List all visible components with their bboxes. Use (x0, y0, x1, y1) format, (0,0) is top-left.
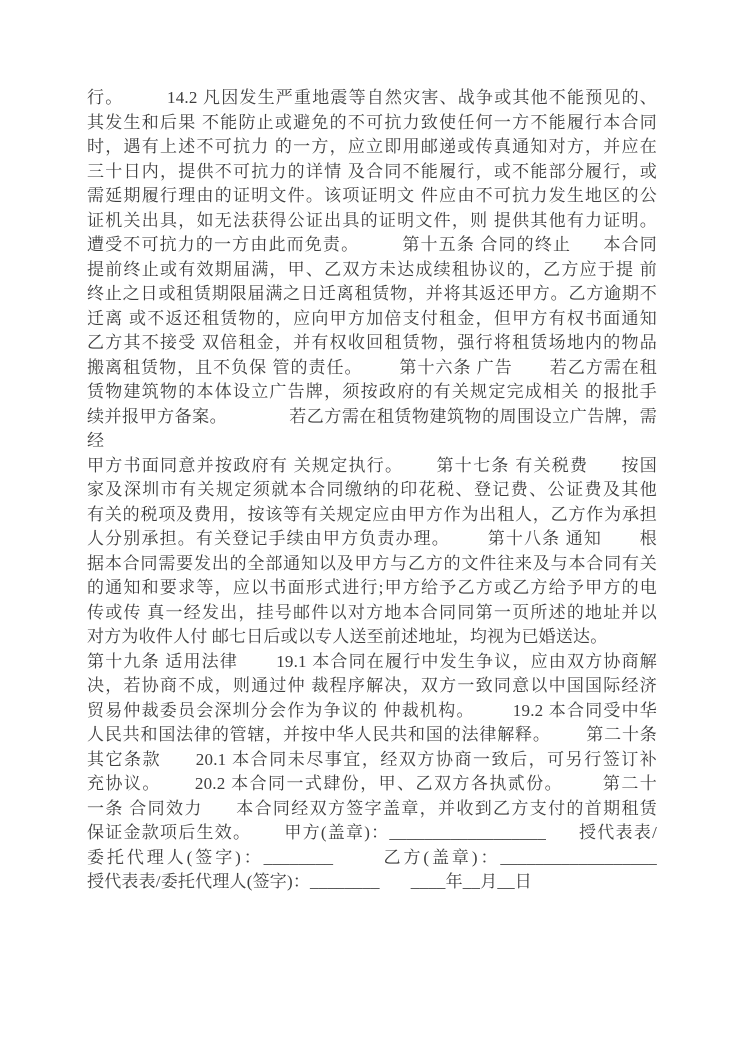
contract-text-line: 乙方其不接受 双倍租金，并有权收回租赁物，强行将租赁场地内的物品 (87, 331, 657, 356)
contract-text-line: 其发生和后果 不能防止或避免的不可抗力致使任何一方不能履行本合同 (87, 111, 657, 136)
contract-page: 行。 14.2 凡因发生严重地震等自然灾害、战争或其他不能预见的、其发生和后果 … (0, 0, 744, 1052)
contract-text-line: 决，若协商不成，则通过仲 裁程序解决，双方一致同意以中国国际经济 (87, 674, 657, 699)
contract-text-line: 续并报甲方备案。 若乙方需在租赁物建筑物的周围设立广告牌，需经 (87, 405, 657, 454)
contract-text-line: 行。 14.2 凡因发生严重地震等自然灾害、战争或其他不能预见的、 (87, 86, 657, 111)
contract-text-line: 一条 合同效力 本合同经双方签字盖章，并收到乙方支付的首期租赁 (87, 797, 657, 822)
contract-text-block: 行。 14.2 凡因发生严重地震等自然灾害、战争或其他不能预见的、其发生和后果 … (87, 86, 657, 895)
contract-text-line: 三十日内，提供不可抗力的详情 及合同不能履行，或不能部分履行，或 (87, 160, 657, 185)
contract-text-line: 迁离 或不返还租赁物的，应向甲方加倍支付租金，但甲方有权书面通知 (87, 307, 657, 332)
contract-text-line: 授代表表/委托代理人(签字)：________ ____年__月__日 (87, 870, 657, 895)
contract-text-line: 遭受不可抗力的一方由此而免责。 第十五条 合同的终止 本合同 (87, 233, 657, 258)
contract-text-line: 充协议。 20.2 本合同一式肆份，甲、乙双方各执贰份。 第二十 (87, 772, 657, 797)
contract-text-line: 对方为收件人付 邮七日后或以专人送至前述地址，均视为已婚送达。 (87, 625, 657, 650)
contract-text-line: 人分别承担。有关登记手续由甲方负责办理。 第十八条 通知 根 (87, 527, 657, 552)
contract-text-line: 传或传 真一经发出，挂号邮件以对方地本合同同第一页所述的地址并以 (87, 601, 657, 626)
contract-text-line: 赁物建筑物的本体设立广告牌，须按政府的有关规定完成相关 的报批手 (87, 380, 657, 405)
contract-text-line: 家及深圳市有关规定须就本合同缴纳的印花税、登记费、公证费及其他 (87, 478, 657, 503)
contract-text-line: 证机关出具，如无法获得公证出具的证明文件，则 提供其他有力证明。 (87, 209, 657, 234)
contract-text-line: 终止之日或租赁期限届满之日迁离租赁物，并将其返还甲方。乙方逾期不 (87, 282, 657, 307)
contract-text-line: 据本合同需要发出的全部通知以及甲方与乙方的文件往来及与本合同有关 (87, 552, 657, 577)
contract-text-line: 人民共和国法律的管辖，并按中华人民共和国的法律解释。 第二十条 (87, 723, 657, 748)
contract-text-line: 贸易仲裁委员会深圳分会作为争议的 仲裁机构。 19.2 本合同受中华 (87, 699, 657, 724)
contract-text-line: 其它条款 20.1 本合同未尽事宜，经双方协商一致后，可另行签订补 (87, 748, 657, 773)
contract-text-line: 提前终止或有效期届满，甲、乙双方未达成续租协议的，乙方应于提 前 (87, 258, 657, 283)
contract-text-line: 的通知和要求等，应以书面形式进行;甲方给予乙方或乙方给予甲方的电 (87, 576, 657, 601)
contract-text-line: 时，遇有上述不可抗力 的一方，应立即用邮递或传真通知对方，并应在 (87, 135, 657, 160)
contract-text-line: 搬离租赁物，且不负保 管的责任。 第十六条 广告 若乙方需在租 (87, 356, 657, 381)
contract-text-line: 保证金款项后生效。 甲方(盖章)：__________________ 授代表表… (87, 821, 657, 846)
contract-text-line: 甲方书面同意并按政府有 关规定执行。 第十七条 有关税费 按国 (87, 454, 657, 479)
contract-text-line: 有关的税项及费用，按该等有关规定应由甲方作为出租人，乙方作为承担 (87, 503, 657, 528)
contract-text-line: 第十九条 适用法律 19.1 本合同在履行中发生争议，应由双方协商解 (87, 650, 657, 675)
contract-text-line: 需延期履行理由的证明文件。该项证明文 件应由不可抗力发生地区的公 (87, 184, 657, 209)
contract-text-line: 委托代理人(签字)：________ 乙方(盖章)：______________… (87, 846, 657, 871)
